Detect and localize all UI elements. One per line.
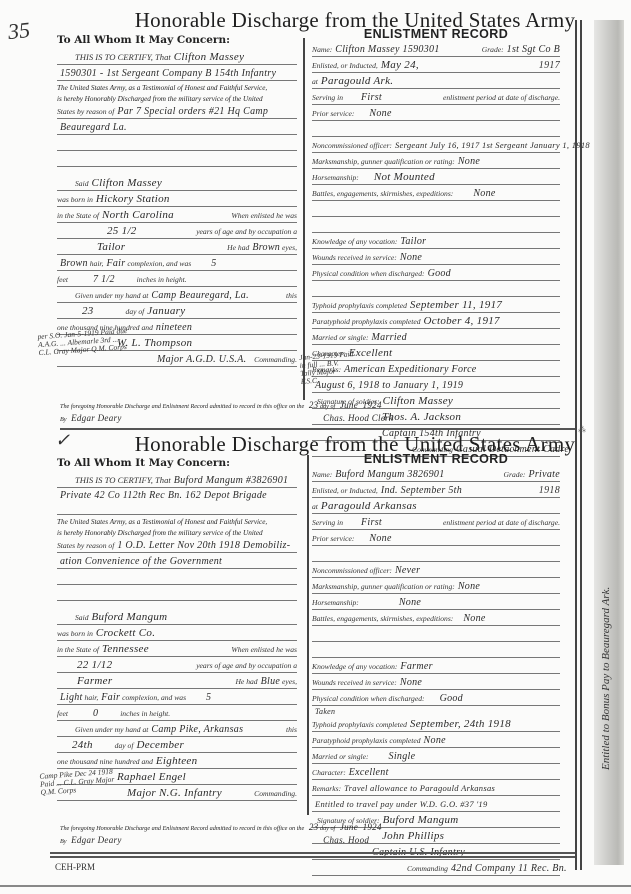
signing-officer-title: Major N.G. Infantry [127, 787, 222, 799]
eyes-suffix: eyes, [282, 677, 297, 686]
er-battles: None [473, 188, 495, 199]
enlistment-record: ENLISTMENT RECORD Name:Clifton Massey 15… [312, 27, 560, 459]
clerk-signature: Chas. Hood [323, 835, 369, 845]
inches-label: inches in height. [137, 275, 187, 284]
recorded-by: Edgar Deary [71, 835, 122, 845]
er-paratyphoid: None [424, 735, 446, 746]
er-enlisted-date: Ind. September 5th [381, 485, 462, 496]
er-commanding-unit: 42nd Company 11 Rec. Bn. [451, 863, 567, 874]
eyes-label: He had [227, 243, 249, 252]
battles-label: Battles, engagements, skirmishes, expedi… [312, 614, 453, 623]
soldier-name: Buford Mangum #3826901 [174, 475, 289, 486]
born-label: was born in [57, 629, 93, 638]
marksmanship-label: Marksmanship, gunner qualification or ra… [312, 582, 455, 591]
enlisted-label: Enlisted, or Inducted, [312, 61, 378, 70]
discharge-reason-cont: Beauregard La. [60, 122, 127, 133]
er-grade: Private [528, 469, 560, 480]
er-enlisted-date: May 24, [381, 59, 419, 71]
er-remarks-cont: Entitled to travel pay under W.D. G.O. #… [315, 799, 488, 809]
horsemanship-label: Horsemanship: [312, 173, 359, 182]
vertical-margin-note: Entitled to Bonus Pay to Beauregard Ark. [600, 440, 612, 770]
remarks-label: Remarks: [312, 784, 341, 793]
serving-suffix: enlistment period at date of discharge. [443, 516, 560, 529]
age: 22 1/12 [77, 659, 112, 671]
year-label: one thousand nine hundred and [57, 757, 153, 766]
commanding-label: Commanding. [254, 787, 297, 800]
column-divider [307, 455, 309, 815]
complexion: Fair [106, 258, 125, 269]
battles-label: Battles, engagements, skirmishes, expedi… [312, 189, 453, 198]
er-margin-note: Jan-23-1919 Paid in full ... B.V. Tally … [299, 350, 356, 386]
eyes-label: He had [235, 677, 257, 686]
testimonial-text: The United States Army, as a Testimonial… [57, 83, 297, 93]
recorded-by: Edgar Deary [71, 413, 122, 423]
discharge-reason: 1 O.D. Letter Nov 20th 1918 Demobiliz- [117, 540, 290, 551]
page-bottom-edge [0, 885, 631, 887]
signing-officer: Raphael Engel [117, 771, 186, 783]
given-day: 23 [82, 305, 94, 317]
grade-label: Grade: [482, 45, 504, 54]
reason-label: States by reason of [57, 107, 114, 116]
er-enlisted-year: 1917 [539, 59, 560, 72]
er-marksmanship: None [458, 156, 480, 167]
said-label: Said [75, 179, 89, 188]
unit-line: 1590301 - 1st Sergeant Company B 154th I… [60, 68, 276, 79]
height-inches: 0 [93, 708, 98, 719]
occupation: Farmer [77, 675, 112, 687]
enlisted-age-label: When enlisted he was [231, 643, 297, 656]
column-divider [303, 38, 305, 400]
er-horsemanship: Not Mounted [374, 171, 435, 183]
er-wounds: None [400, 677, 422, 688]
wounds-label: Wounds received in service: [312, 253, 397, 262]
occupation: Tailor [97, 241, 125, 253]
reason-label: States by reason of [57, 541, 114, 550]
clerk-signature: Chas. Hood Clerk [323, 413, 393, 423]
by-label: By [60, 416, 67, 423]
eye-color: Brown [252, 242, 280, 253]
testimonial-text: The United States Army, as a Testimonial… [57, 517, 297, 527]
er-serving: First [361, 517, 382, 528]
er-name: Buford Mangum 3826901 [335, 469, 444, 480]
age-label: years of age and by occupation a [196, 225, 297, 238]
complexion-label: complexion, and was [122, 693, 186, 702]
given-place: Camp Beauregard, La. [151, 290, 248, 301]
physical-label: Physical condition when discharged: [312, 269, 425, 278]
feet-label: feet [57, 275, 68, 284]
er-vocation: Farmer [400, 661, 432, 672]
birthplace: Hickory Station [96, 193, 170, 205]
er-vocation: Tailor [400, 236, 426, 247]
horsemanship-label: Horsemanship: [312, 598, 359, 607]
vocation-label: Knowledge of any vocation: [312, 237, 397, 246]
admit-text: The foregoing Honorable Discharge and En… [60, 825, 304, 832]
nco-label: Noncommissioned officer: [312, 141, 392, 150]
marksmanship-label: Marksmanship, gunner qualification or ra… [312, 157, 455, 166]
given-year: Eighteen [156, 755, 198, 767]
given-month: January [147, 305, 185, 317]
certificate-body: To All Whom It May Concern: THIS IS TO C… [57, 34, 297, 369]
footer-rule [50, 852, 575, 854]
enlisted-age-label: When enlisted he was [231, 209, 297, 222]
er-wounds: None [400, 252, 422, 263]
wounds-label: Wounds received in service: [312, 678, 397, 687]
recorded-by-line: By Edgar Deary Chas. Hood Clerk [60, 413, 580, 423]
discharge-reason: Par 7 Special orders #21 Hq Camp [117, 106, 268, 117]
given-month: December [136, 739, 184, 751]
given-place: Camp Pike, Arkansas [151, 724, 243, 735]
paratyphoid-label: Paratyphoid prophylaxis completed [312, 317, 421, 326]
admit-year: 1924 [363, 822, 382, 832]
given-year: nineteen [156, 322, 192, 333]
certify-label: THIS IS TO CERTIFY, That [75, 475, 171, 485]
admit-month: June [340, 400, 358, 410]
day-label: day of [126, 307, 145, 316]
er-commanding-label: Commanding [407, 864, 448, 873]
er-nco: Sergeant July 16, 1917 1st Sergeant Janu… [395, 140, 590, 150]
admit-day: 23 [309, 822, 319, 832]
signing-officer-title: Major A.G.D. U.S.A. [157, 354, 246, 365]
age: 25 1/2 [107, 225, 137, 237]
er-typhoid: September, 24th 1918 [410, 718, 511, 730]
discharged-text: is hereby Honorably Discharged from the … [57, 528, 297, 538]
er-prior: None [369, 533, 391, 544]
character-label: Character: [312, 768, 346, 777]
eye-color: Blue [261, 676, 281, 687]
er-physical: Good [428, 268, 451, 279]
recording-line: The foregoing Honorable Discharge and En… [60, 822, 580, 832]
day-label: day of [115, 741, 134, 750]
said-name: Buford Mangum [92, 611, 168, 623]
unit-line: Private 42 Co 112th Rec Bn. 162 Depot Br… [60, 490, 267, 501]
admit-day-label: day of [320, 403, 335, 410]
grade-label: Grade: [504, 470, 526, 479]
enlistment-record-heading: ENLISTMENT RECORD [312, 27, 560, 41]
state-label: in the State of [57, 211, 99, 220]
enlistment-record-heading: ENLISTMENT RECORD [312, 452, 560, 466]
eyes-suffix: eyes, [282, 243, 297, 252]
at-label: at [312, 77, 318, 86]
state-label: in the State of [57, 645, 99, 654]
typhoid-label: Typhoid prophylaxis completed [312, 301, 407, 310]
serving-label: Serving in [312, 518, 343, 527]
by-label: By [60, 838, 67, 845]
enlistment-record: ENLISTMENT RECORD Name:Buford Mangum 382… [312, 452, 560, 878]
paratyphoid-label: Paratyphoid prophylaxis completed [312, 736, 421, 745]
physical-label: Physical condition when discharged: [312, 694, 425, 703]
er-paratyphoid: October 4, 1917 [424, 315, 500, 327]
admit-day-label: day of [320, 825, 335, 832]
height-feet: 5 [211, 258, 216, 269]
er-nco: Never [395, 565, 420, 576]
admit-year: 1924 [363, 400, 382, 410]
serving-suffix: enlistment period at date of discharge. [443, 91, 560, 104]
er-serving: First [361, 92, 382, 103]
er-married: Married [372, 332, 407, 343]
er-battles: None [463, 613, 485, 624]
certify-label: THIS IS TO CERTIFY, That [75, 52, 171, 62]
er-grade: 1st Sgt Co B [507, 44, 560, 55]
given-label: Given under my hand at [75, 725, 148, 734]
er-typhoid-note: Taken [315, 707, 335, 716]
enlisted-label: Enlisted, or Inducted, [312, 486, 378, 495]
salutation: To All Whom It May Concern: [57, 457, 297, 469]
recorded-by-line: By Edgar Deary Chas. Hood [60, 835, 580, 845]
admit-text: The foregoing Honorable Discharge and En… [60, 403, 304, 410]
feet-label: feet [57, 709, 68, 718]
this-label: this [286, 723, 297, 736]
complexion-label: complexion, and was [127, 259, 191, 268]
er-prior: None [369, 108, 391, 119]
page-number: 35 [7, 17, 32, 45]
prior-label: Prior service: [312, 534, 354, 543]
er-enlisted-year: 1918 [539, 484, 560, 497]
name-label: Name: [312, 45, 332, 54]
certificate-body: To All Whom It May Concern: THIS IS TO C… [57, 457, 297, 803]
er-horsemanship: None [399, 597, 421, 608]
typhoid-label: Typhoid prophylaxis completed [312, 720, 407, 729]
er-remarks: American Expeditionary Force [344, 364, 476, 375]
said-label: Said [75, 613, 89, 622]
this-label: this [286, 289, 297, 302]
serving-label: Serving in [312, 93, 343, 102]
nco-label: Noncommissioned officer: [312, 566, 392, 575]
prior-label: Prior service: [312, 109, 354, 118]
at-label: at [312, 502, 318, 511]
discharge-reason-cont: ation Convenience of the Government [60, 556, 222, 567]
recording-line: The foregoing Honorable Discharge and En… [60, 400, 580, 410]
married-label: Married or single: [312, 333, 369, 342]
section-divider [60, 428, 575, 430]
er-marksmanship: None [458, 581, 480, 592]
soldier-name: Clifton Massey [174, 51, 245, 63]
born-label: was born in [57, 195, 93, 204]
salutation: To All Whom It May Concern: [57, 34, 297, 46]
er-character: Excellent [349, 767, 389, 778]
form-code: CEH-PRM [55, 862, 95, 872]
commanding-label: Commanding. [254, 353, 297, 366]
hair-label: hair, [90, 259, 104, 268]
discharged-text: is hereby Honorably Discharged from the … [57, 94, 297, 104]
vocation-label: Knowledge of any vocation: [312, 662, 397, 671]
age-label: years of age and by occupation a [196, 659, 297, 672]
given-label: Given under my hand at [75, 291, 148, 300]
inches-label: inches in height. [120, 709, 170, 718]
birth-state: Tennessee [102, 643, 149, 655]
admit-day: 23 [309, 400, 319, 410]
complexion: Fair [101, 692, 120, 703]
name-label: Name: [312, 470, 332, 479]
er-enlisted-place: Paragould Ark. [321, 75, 393, 87]
hair-color: Brown [60, 258, 88, 269]
admit-month: June [340, 822, 358, 832]
er-physical: Good [440, 693, 463, 704]
hair-label: hair, [85, 693, 99, 702]
height-feet: 5 [206, 692, 211, 703]
birth-state: North Carolina [102, 209, 174, 221]
height-inches: 7 1/2 [93, 274, 115, 285]
er-name: Clifton Massey 1590301 [335, 44, 439, 55]
hair-color: Light [60, 692, 83, 703]
er-remarks: Travel allowance to Paragould Arkansas [344, 783, 495, 793]
er-enlisted-place: Paragould Arkansas [321, 500, 417, 512]
said-name: Clifton Massey [92, 177, 163, 189]
er-typhoid: September 11, 1917 [410, 299, 502, 311]
er-married: Single [389, 751, 416, 762]
given-day: 24th [72, 739, 93, 751]
check-mark: ✓ [55, 430, 70, 451]
footer-rule-2 [50, 856, 575, 858]
er-character: Excellent [349, 347, 393, 359]
birthplace: Crockett Co. [96, 627, 155, 639]
married-label: Married or single: [312, 752, 369, 761]
